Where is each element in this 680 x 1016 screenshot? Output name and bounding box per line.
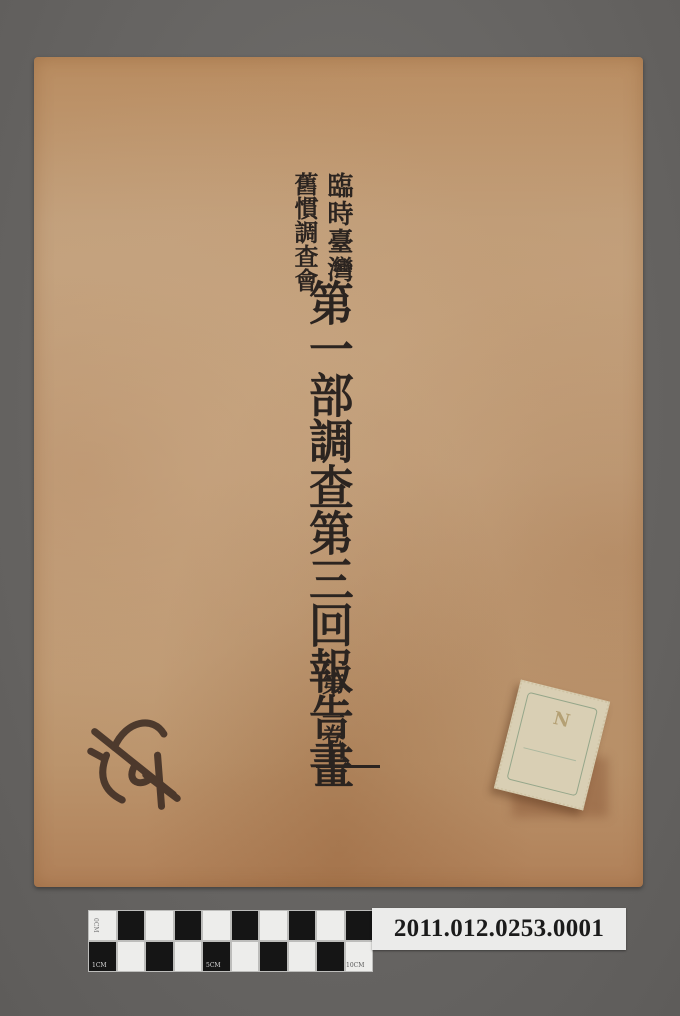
cover-subtitle-left: 舊慣調査會 [292, 172, 316, 292]
scale-label-1cm: 1CM [92, 962, 107, 969]
book-cover: 臨時臺灣 舊慣調査會 第一部調查第三回報告書 第二卷 上 N [34, 57, 643, 887]
scale-label-0cm: 0CM [92, 918, 99, 933]
scale-label-10cm: 10CM [346, 962, 364, 969]
cover-subtitle-right: 臨時臺灣 [325, 172, 351, 284]
stamp-letter: N [551, 708, 572, 732]
catalog-number-label: 2011.012.0253.0001 [372, 908, 626, 950]
stamp-divider [523, 747, 576, 761]
scale-label-5cm: 5CM [206, 962, 221, 969]
volume-underline [316, 765, 380, 768]
handwritten-ink-mark-icon [74, 712, 194, 822]
color-scale-bar [88, 910, 373, 972]
stamp-border: N [506, 692, 598, 797]
